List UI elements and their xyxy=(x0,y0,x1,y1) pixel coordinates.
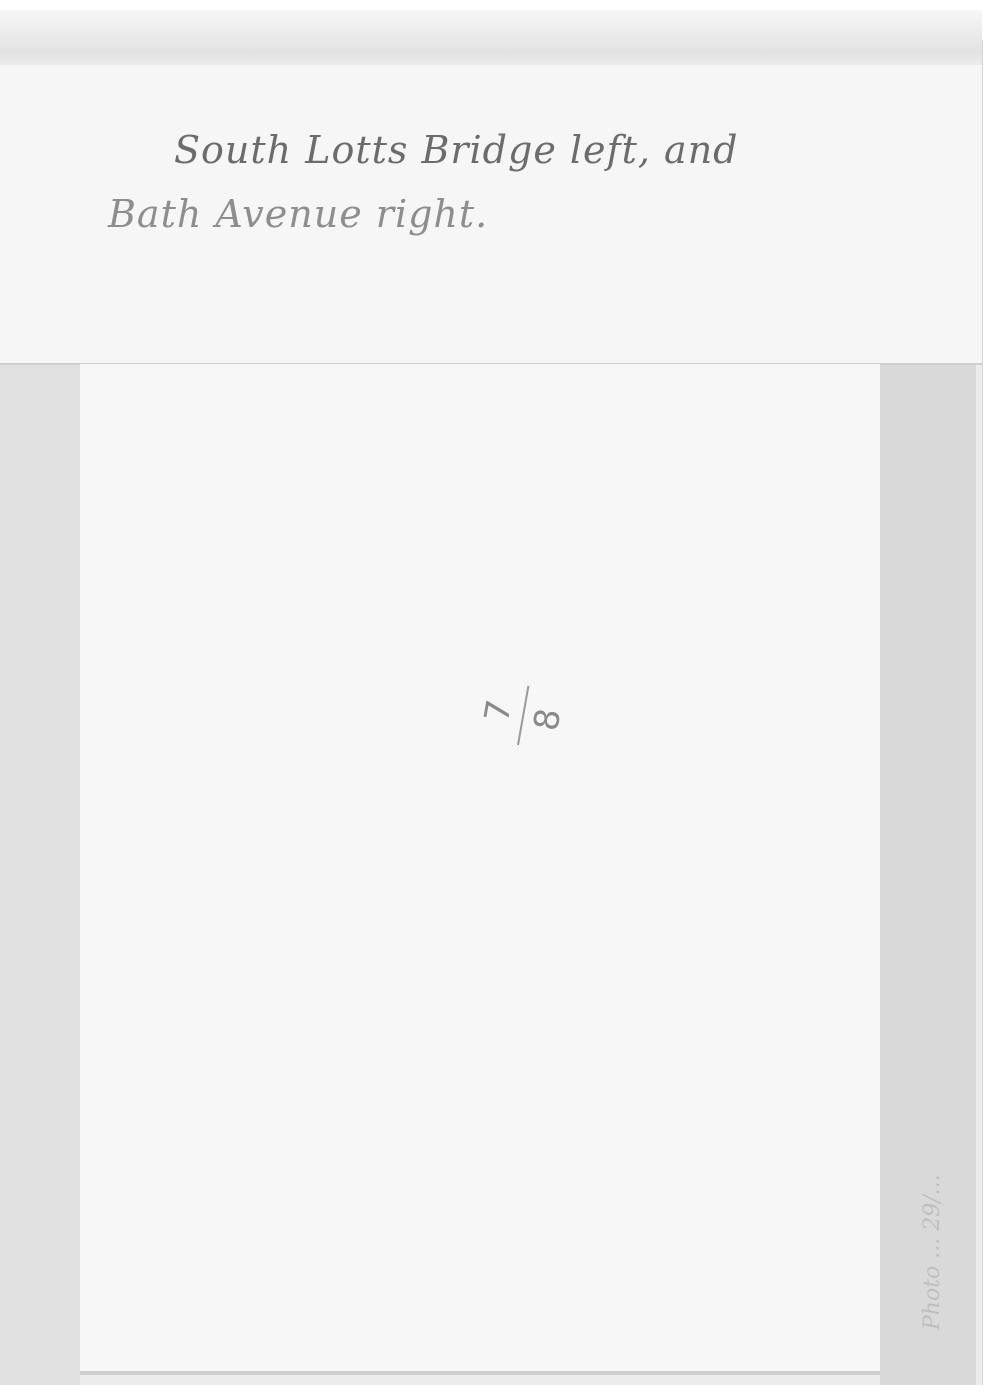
paper-insert xyxy=(80,364,880,1371)
vertical-side-note: Photo ... 29/... xyxy=(920,990,950,1330)
handwritten-caption: South Lotts Bridge left, and Bath Avenue… xyxy=(108,118,908,246)
paper-bottom-edge xyxy=(80,1371,880,1375)
sleeve-top-fold xyxy=(0,10,982,70)
caption-line-1: South Lotts Bridge left, and xyxy=(108,118,908,182)
fraction-denominator: 8 xyxy=(522,682,574,758)
caption-line-2: Bath Avenue right. xyxy=(108,182,908,246)
